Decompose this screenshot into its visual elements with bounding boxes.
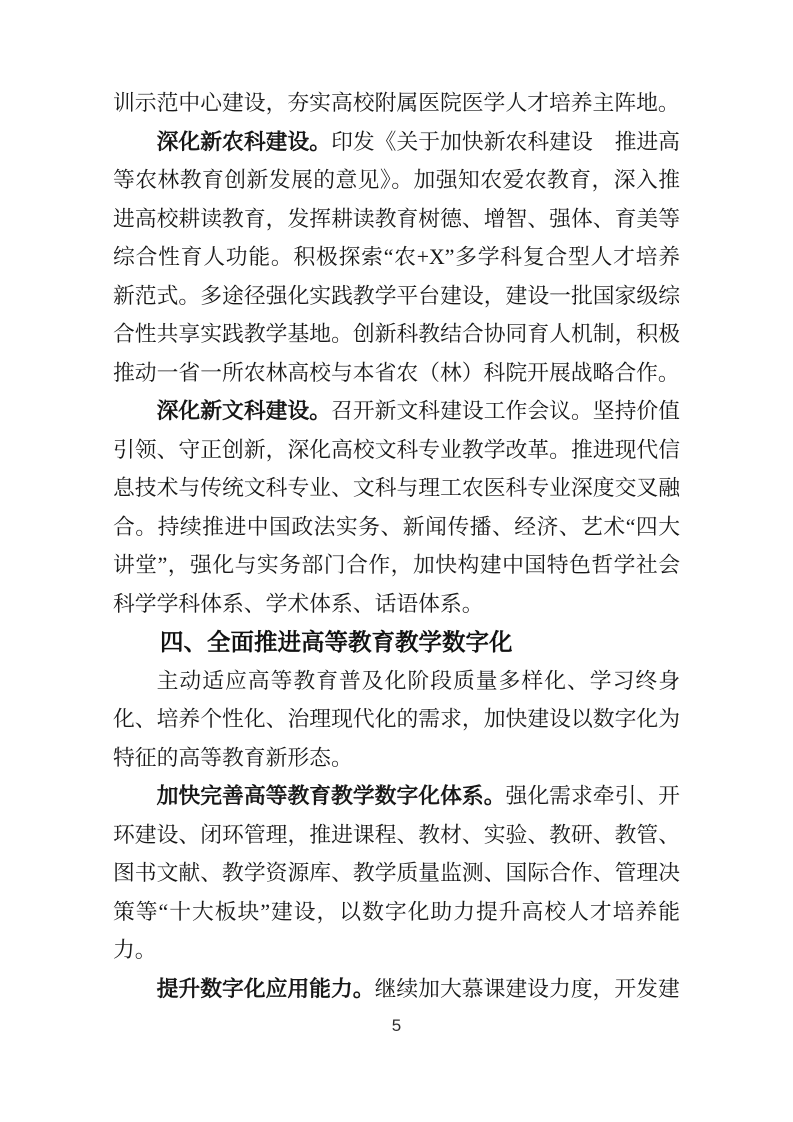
paragraph-text: 印发《关于加快新农科建设 推进高等农林教育创新发展的意见》。加强知农爱农教育，深… — [113, 130, 680, 385]
paragraph-lead: 提升数字化应用能力。 — [157, 977, 375, 1001]
paragraph: 主动适应高等教育普及化阶段质量多样化、学习终身化、培养个性化、治理现代化的需求，… — [113, 662, 680, 778]
page-number: 5 — [0, 1016, 793, 1036]
paragraph-text: 训示范中心建设，夯实高校附属医院医学人才培养主阵地。 — [113, 91, 680, 115]
paragraph-text: 召开新文科建设工作会议。坚持价值引领、守正创新，深化高校文科专业教学改革。推进现… — [113, 399, 680, 616]
paragraph: 深化新农科建设。印发《关于加快新农科建设 推进高等农林教育创新发展的意见》。加强… — [113, 123, 680, 393]
paragraph: 深化新文科建设。召开新文科建设工作会议。坚持价值引领、守正创新，深化高校文科专业… — [113, 392, 680, 623]
paragraph-lead: 深化新农科建设。 — [157, 130, 331, 154]
paragraph-text: 主动适应高等教育普及化阶段质量多样化、学习终身化、培养个性化、治理现代化的需求，… — [113, 669, 680, 770]
section-heading: 四、全面推进高等教育教学数字化 — [113, 623, 680, 662]
paragraph-text: 继续加大慕课建设力度，开发建 — [375, 977, 680, 1001]
paragraph-lead: 深化新文科建设。 — [157, 399, 331, 423]
paragraph-text: 强化需求牵引、开环建设、闭环管理，推进课程、教材、实验、教研、教管、图书文献、教… — [113, 784, 680, 962]
text-block: 训示范中心建设，夯实高校附属医院医学人才培养主阵地。 深化新农科建设。印发《关于… — [113, 84, 680, 1008]
paragraph: 加快完善高等教育教学数字化体系。强化需求牵引、开环建设、闭环管理，推进课程、教材… — [113, 777, 680, 970]
paragraph: 提升数字化应用能力。继续加大慕课建设力度，开发建 — [113, 970, 680, 1009]
document-page: 训示范中心建设，夯实高校附属医院医学人才培养主阵地。 深化新农科建设。印发《关于… — [0, 0, 793, 1122]
paragraph-continuation: 训示范中心建设，夯实高校附属医院医学人才培养主阵地。 — [113, 84, 680, 123]
paragraph-lead: 加快完善高等教育教学数字化体系。 — [157, 784, 506, 808]
